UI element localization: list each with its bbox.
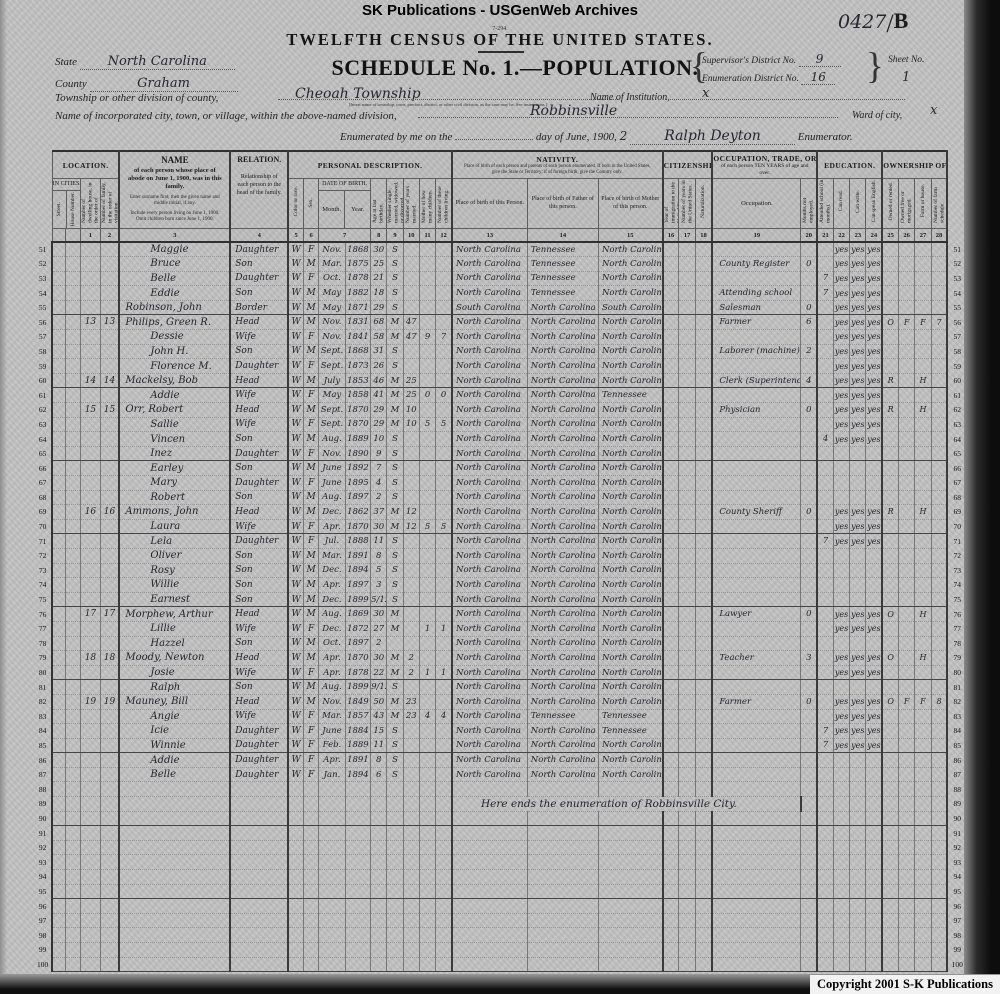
pb-cell: North Carolina	[452, 767, 527, 782]
ward-label: Ward of city,	[852, 110, 902, 121]
c-cell: W	[288, 257, 303, 272]
mc-cell: 0	[419, 388, 435, 403]
hn-cell	[66, 665, 81, 680]
en-cell: yes	[866, 534, 882, 549]
fm-cell	[899, 505, 915, 520]
wr-cell: yes	[850, 505, 866, 520]
fh-cell	[915, 928, 931, 943]
sch-cell	[817, 505, 833, 520]
s-cell	[303, 826, 318, 841]
o-cell	[882, 870, 898, 885]
column-months-not-employed: Months not employed.	[801, 179, 817, 229]
group-citizenship: CITIZENSHIP.	[663, 151, 713, 179]
occ-cell	[712, 724, 800, 739]
age-cell: 4	[371, 476, 387, 491]
f-cell	[100, 724, 119, 739]
yu-cell	[679, 680, 695, 695]
rd-cell: yes	[833, 621, 849, 636]
nat-cell	[695, 913, 712, 928]
column-number: 19	[712, 229, 800, 243]
row-number-left: 54	[34, 286, 52, 301]
enumerator-signature: Ralph Deyton	[630, 128, 795, 145]
cl-cell	[436, 826, 452, 841]
o-cell	[882, 797, 898, 812]
nat-cell	[695, 724, 712, 739]
mc-cell	[419, 578, 435, 593]
fs-cell	[931, 505, 947, 520]
ue-cell	[801, 446, 817, 461]
st-cell	[52, 694, 65, 709]
m-cell: M	[387, 388, 403, 403]
o-cell	[882, 461, 898, 476]
age-cell: 58	[371, 330, 387, 345]
pb-cell: North Carolina	[452, 330, 527, 345]
census-row: 63SallieWifeWFSept.187029M1055North Caro…	[34, 417, 966, 432]
census-row: 81RalphSonWMAug.18999/12SNorth CarolinaN…	[34, 680, 966, 695]
pb-cell	[452, 855, 527, 870]
nat-cell	[695, 461, 712, 476]
pm-cell: North Carolina	[598, 417, 662, 432]
yu-cell	[679, 855, 695, 870]
pm-cell: North Carolina	[598, 242, 662, 257]
wr-cell: yes	[850, 300, 866, 315]
pf-cell	[527, 899, 598, 914]
pb-cell: North Carolina	[452, 344, 527, 359]
mc-cell	[419, 811, 435, 826]
census-row: 9595	[34, 884, 966, 899]
cl-cell	[436, 884, 452, 899]
f-cell: 16	[100, 505, 119, 520]
pf-cell: North Carolina	[527, 534, 598, 549]
ym-cell: 2	[403, 665, 419, 680]
column-children-living: Number of these children living.	[436, 179, 452, 229]
mo-cell: Nov.	[319, 694, 345, 709]
census-row: 9494	[34, 870, 966, 885]
census-row: 9898	[34, 928, 966, 943]
fh-cell	[915, 943, 931, 958]
pb-cell: North Carolina	[452, 403, 527, 418]
iy-cell	[663, 432, 679, 447]
pm-cell: North Carolina	[598, 592, 662, 607]
sch-cell	[817, 621, 833, 636]
fm-cell	[899, 811, 915, 826]
pm-cell: North Carolina	[598, 315, 662, 330]
nat-cell	[695, 359, 712, 374]
en-cell: yes	[866, 665, 882, 680]
s-cell	[303, 899, 318, 914]
fm-cell	[899, 359, 915, 374]
sch-cell	[817, 330, 833, 345]
en-cell	[866, 899, 882, 914]
column-number	[66, 229, 81, 243]
o-cell	[882, 636, 898, 651]
mo-cell	[319, 797, 345, 812]
fh-cell	[915, 884, 931, 899]
st-cell	[52, 870, 65, 885]
o-cell: R	[882, 373, 898, 388]
ym-cell	[403, 636, 419, 651]
pm-cell: North Carolina	[598, 446, 662, 461]
c-cell: W	[288, 476, 303, 491]
cl-cell	[436, 840, 452, 855]
pm-cell	[598, 826, 662, 841]
yr-cell	[345, 913, 370, 928]
ue-cell: 0	[801, 694, 817, 709]
nat-cell	[695, 943, 712, 958]
rd-cell: yes	[833, 257, 849, 272]
occ-cell	[712, 592, 800, 607]
column-birth-month: Month.	[319, 191, 345, 228]
fm-cell	[899, 753, 915, 768]
cl-cell	[436, 957, 452, 972]
wr-cell: yes	[850, 257, 866, 272]
ue-cell: 0	[801, 505, 817, 520]
m-cell: M	[387, 505, 403, 520]
fm-cell	[899, 242, 915, 257]
ue-cell	[801, 913, 817, 928]
cl-cell	[436, 257, 452, 272]
s-cell: M	[303, 257, 318, 272]
o-cell: R	[882, 403, 898, 418]
yr-cell: 1841	[345, 330, 370, 345]
age-cell: 29	[371, 300, 387, 315]
fm-cell	[899, 928, 915, 943]
rd-cell: yes	[833, 315, 849, 330]
fh-cell	[915, 665, 931, 680]
cl-cell: 7	[436, 330, 452, 345]
ward-value: x	[930, 103, 937, 118]
nat-cell	[695, 330, 712, 345]
nat-cell	[695, 300, 712, 315]
pm-cell	[598, 943, 662, 958]
occ-cell	[712, 519, 800, 534]
m-cell	[387, 811, 403, 826]
c-cell: W	[288, 694, 303, 709]
fs-cell	[931, 724, 947, 739]
yr-cell: 1875	[345, 257, 370, 272]
s-cell: M	[303, 548, 318, 563]
relation-desc: Relationship of each person to the head …	[231, 174, 287, 197]
en-cell	[866, 870, 882, 885]
d-cell: 15	[81, 403, 100, 418]
column-number: 25	[882, 229, 898, 243]
rel-cell: Daughter	[230, 359, 288, 374]
column-number: 21	[817, 229, 833, 243]
cl-cell	[436, 476, 452, 491]
pf-cell: North Carolina	[527, 621, 598, 636]
district-block: Supervisor's District No. 9 Enumeration …	[702, 52, 870, 88]
o-cell: O	[882, 607, 898, 622]
s-cell	[303, 840, 318, 855]
census-row: 9292	[34, 840, 966, 855]
age-cell: 31	[371, 344, 387, 359]
s-cell: M	[303, 607, 318, 622]
wr-cell	[850, 826, 866, 841]
yu-cell	[679, 417, 695, 432]
fs-cell	[931, 257, 947, 272]
en-cell: yes	[866, 417, 882, 432]
pf-cell	[527, 913, 598, 928]
c-cell: W	[288, 607, 303, 622]
occ-cell	[712, 563, 800, 578]
column-number: 9	[387, 229, 403, 243]
hn-cell	[66, 563, 81, 578]
pm-cell	[598, 913, 662, 928]
yr-cell	[345, 928, 370, 943]
yr-cell: 1899	[345, 592, 370, 607]
en-cell: yes	[866, 651, 882, 666]
census-row: 64VincenSonWMAug.188910SNorth CarolinaNo…	[34, 432, 966, 447]
m-cell	[387, 899, 403, 914]
cl-cell	[436, 767, 452, 782]
name-cell	[119, 855, 230, 870]
mc-cell	[419, 548, 435, 563]
fh-cell	[915, 242, 931, 257]
name-cell	[119, 840, 230, 855]
state-label: State	[55, 56, 77, 68]
name-note1: Enter surname first, then the given name…	[120, 195, 229, 207]
d-cell	[81, 782, 100, 797]
pm-cell: Tennessee	[598, 388, 662, 403]
name-cell: Moody, Newton	[119, 651, 230, 666]
sch-cell	[817, 709, 833, 724]
st-cell	[52, 286, 65, 301]
census-row: 761717Morphew, ArthurHeadWMAug.186930MNo…	[34, 607, 966, 622]
sch-cell	[817, 957, 833, 972]
fs-cell	[931, 899, 947, 914]
age-cell: 6	[371, 767, 387, 782]
d-cell: 18	[81, 651, 100, 666]
mo-cell: June	[319, 461, 345, 476]
yu-cell	[679, 651, 695, 666]
column-number: 28	[931, 229, 947, 243]
iy-cell	[663, 344, 679, 359]
row-number-left: 82	[34, 694, 52, 709]
wr-cell: yes	[850, 651, 866, 666]
fs-cell	[931, 767, 947, 782]
fm-cell	[899, 636, 915, 651]
column-numbers-row: 1234567891011121314151617181920212223242…	[34, 229, 966, 243]
st-cell	[52, 315, 65, 330]
m-cell: S	[387, 724, 403, 739]
enumeration-value: 16	[801, 70, 835, 85]
fs-cell	[931, 359, 947, 374]
yu-cell	[679, 344, 695, 359]
column-birth-year: Year.	[345, 191, 370, 228]
s-cell: F	[303, 519, 318, 534]
census-row: 87BelleDaughterWFJan.18946SNorth Carolin…	[34, 767, 966, 782]
census-row: 72OliverSonWMMar.18918SNorth CarolinaNor…	[34, 548, 966, 563]
mc-cell	[419, 534, 435, 549]
fh-cell	[915, 534, 931, 549]
s-cell: F	[303, 709, 318, 724]
mo-cell: Jan.	[319, 767, 345, 782]
name-cell: Florence M.	[119, 359, 230, 374]
mo-cell: Sept.	[319, 359, 345, 374]
rd-cell: yes	[833, 286, 849, 301]
iy-cell	[663, 709, 679, 724]
ym-cell	[403, 490, 419, 505]
f-cell	[100, 242, 119, 257]
rel-cell	[230, 870, 288, 885]
st-cell	[52, 884, 65, 899]
nat-cell	[695, 607, 712, 622]
s-cell	[303, 797, 318, 812]
s-cell: F	[303, 330, 318, 345]
fh-cell	[915, 344, 931, 359]
fs-cell	[931, 957, 947, 972]
yu-cell	[679, 709, 695, 724]
en-cell	[866, 476, 882, 491]
d-cell	[81, 826, 100, 841]
rd-cell	[833, 461, 849, 476]
sch-cell: 4	[817, 432, 833, 447]
fs-cell	[931, 548, 947, 563]
yu-cell	[679, 461, 695, 476]
en-cell: yes	[866, 403, 882, 418]
iy-cell	[663, 943, 679, 958]
column-color-race: Color or race.	[288, 179, 303, 229]
census-row: 53BelleDaughterWFOct.187821SNorth Caroli…	[34, 271, 966, 286]
mo-cell	[319, 943, 345, 958]
rel-cell: Daughter	[230, 738, 288, 753]
d-cell: 13	[81, 315, 100, 330]
pb-cell: North Carolina	[452, 607, 527, 622]
f-cell	[100, 636, 119, 651]
st-cell	[52, 476, 65, 491]
mo-cell: Oct.	[319, 271, 345, 286]
ym-cell	[403, 797, 419, 812]
pm-cell: Tennessee	[598, 724, 662, 739]
yu-cell	[679, 563, 695, 578]
c-cell	[288, 811, 303, 826]
occ-cell	[712, 811, 800, 826]
hn-cell	[66, 592, 81, 607]
rel-cell: Son	[230, 461, 288, 476]
pm-cell: North Carolina	[598, 461, 662, 476]
row-number-left: 69	[34, 505, 52, 520]
m-cell: S	[387, 300, 403, 315]
ue-cell	[801, 563, 817, 578]
m-cell: M	[387, 621, 403, 636]
mo-cell: Sept.	[319, 344, 345, 359]
c-cell: W	[288, 490, 303, 505]
m-cell	[387, 855, 403, 870]
hn-cell	[66, 928, 81, 943]
fh-cell	[915, 811, 931, 826]
age-cell	[371, 855, 387, 870]
f-cell	[100, 257, 119, 272]
rel-cell: Daughter	[230, 534, 288, 549]
yu-cell	[679, 694, 695, 709]
pm-cell: North Carolina	[598, 636, 662, 651]
ym-cell	[403, 753, 419, 768]
name-cell: Addie	[119, 388, 230, 403]
ue-cell	[801, 476, 817, 491]
row-number-left: 83	[34, 709, 52, 724]
en-cell	[866, 840, 882, 855]
ym-cell	[403, 943, 419, 958]
o-cell	[882, 928, 898, 943]
yu-cell	[679, 505, 695, 520]
rd-cell	[833, 636, 849, 651]
pm-cell: North Carolina	[598, 519, 662, 534]
pb-cell: North Carolina	[452, 519, 527, 534]
age-cell: 2	[371, 490, 387, 505]
wr-cell	[850, 476, 866, 491]
age-cell: 25	[371, 257, 387, 272]
census-row: 621515Orr, RobertHeadWMSept.187029M10Nor…	[34, 403, 966, 418]
pf-cell: North Carolina	[527, 636, 598, 651]
st-cell	[52, 519, 65, 534]
occ-cell	[712, 330, 800, 345]
pf-cell	[527, 826, 598, 841]
mc-cell: 1	[419, 621, 435, 636]
mc-cell	[419, 461, 435, 476]
nat-cell	[695, 651, 712, 666]
d-cell	[81, 432, 100, 447]
wr-cell: yes	[850, 607, 866, 622]
st-cell	[52, 665, 65, 680]
mo-cell: Feb.	[319, 738, 345, 753]
pb-cell: North Carolina	[452, 621, 527, 636]
rel-cell: Wife	[230, 417, 288, 432]
c-cell	[288, 797, 303, 812]
rd-cell	[833, 913, 849, 928]
occ-cell: Teacher	[712, 651, 800, 666]
ue-cell	[801, 359, 817, 374]
name-cell	[119, 957, 230, 972]
row-number-left: 73	[34, 563, 52, 578]
st-cell	[52, 432, 65, 447]
o-cell	[882, 490, 898, 505]
wr-cell	[850, 680, 866, 695]
occ-cell: Physician	[712, 403, 800, 418]
f-cell	[100, 826, 119, 841]
pf-cell: Tennessee	[527, 257, 598, 272]
d-cell	[81, 519, 100, 534]
rd-cell	[833, 855, 849, 870]
census-row: 86AddieDaughterWFApr.18918SNorth Carolin…	[34, 753, 966, 768]
age-cell	[371, 957, 387, 972]
pf-cell: North Carolina	[527, 651, 598, 666]
mo-cell: Apr.	[319, 651, 345, 666]
c-cell: W	[288, 344, 303, 359]
mo-cell: June	[319, 724, 345, 739]
nat-cell	[695, 665, 712, 680]
iy-cell	[663, 476, 679, 491]
cl-cell	[436, 782, 452, 797]
column-number: 23	[850, 229, 866, 243]
row-number-left: 80	[34, 665, 52, 680]
m-cell: S	[387, 446, 403, 461]
wr-cell	[850, 636, 866, 651]
pb-cell: North Carolina	[452, 651, 527, 666]
fs-cell	[931, 621, 947, 636]
yr-cell: 1891	[345, 548, 370, 563]
pm-cell	[598, 884, 662, 899]
nat-cell	[695, 271, 712, 286]
fs-cell	[931, 870, 947, 885]
yr-cell	[345, 840, 370, 855]
yr-cell: 1871	[345, 300, 370, 315]
en-cell	[866, 855, 882, 870]
mc-cell	[419, 928, 435, 943]
fm-cell	[899, 300, 915, 315]
o-cell: R	[882, 505, 898, 520]
mc-cell	[419, 490, 435, 505]
cl-cell	[436, 548, 452, 563]
